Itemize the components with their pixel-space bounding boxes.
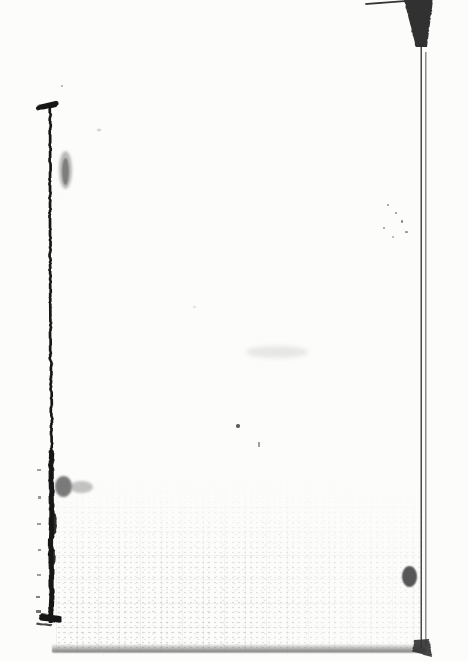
speck: [61, 85, 63, 87]
spine-top-hairline: [366, 1, 406, 4]
crease-line-lower: [50, 452, 52, 620]
left-gutter-crease: [37, 104, 59, 625]
speck: [97, 129, 101, 131]
crease-bump: [49, 548, 55, 566]
speck: [392, 236, 394, 238]
faint-smudge: [246, 346, 308, 358]
margin-tick: [36, 596, 40, 598]
spine-bottom-flare: [412, 639, 432, 657]
blob-on-spine: [402, 566, 417, 587]
crease-bump: [50, 512, 57, 534]
tick: [258, 442, 260, 447]
margin-tick: [38, 549, 41, 551]
crease-top-hook: [39, 104, 56, 108]
speck: [383, 227, 385, 229]
crease-foot-flare: [37, 623, 51, 625]
speck: [395, 212, 397, 214]
right-spine-shadow: [366, 0, 433, 657]
spine-stripe-core: [421, 44, 422, 648]
clump-tail: [70, 481, 93, 493]
ink-smudge-core: [62, 158, 69, 185]
crease-foot: [42, 617, 59, 619]
speck: [401, 220, 403, 223]
scanned-page: [0, 0, 468, 662]
speck: [193, 306, 196, 308]
speck: [387, 204, 389, 206]
speck: [405, 231, 408, 233]
margin-tick: [36, 610, 41, 613]
dot: [236, 424, 240, 428]
crease-line-upper: [50, 105, 52, 458]
margin-tick: [37, 469, 41, 471]
margin-tick: [37, 523, 41, 525]
margin-tick: [38, 496, 41, 499]
binding-artwork: [0, 0, 468, 662]
margin-tick: [37, 574, 41, 576]
spine-wedge-top: [404, 0, 433, 47]
